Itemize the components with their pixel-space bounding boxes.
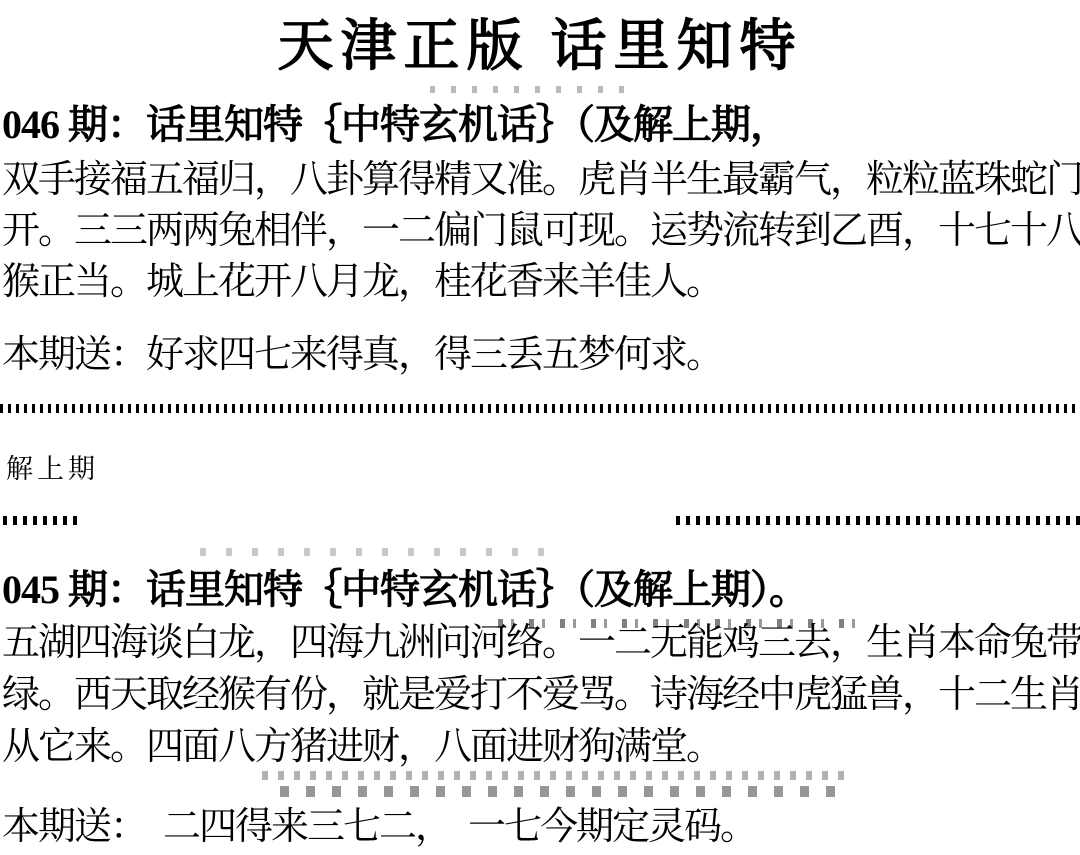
issue-046-body-line-2: 开。三三两两兔相伴，一二偏门鼠可现。运势流转到乙酉，十七十八 <box>2 206 1080 257</box>
dotted-divider-top <box>0 404 1080 413</box>
issue-045-body: 五湖四海谈白龙，四海九洲问河络。一二无能鸡三去，生肖本命兔带 绿。西天取经猴有份… <box>2 617 1080 773</box>
issue-045-gift-line: 本期送： 二四得来三七二， 一七今期定灵码。 <box>2 795 756 850</box>
issue-045-body-line-1: 五湖四海谈白龙，四海九洲问河络。一二无能鸡三去，生肖本命兔带 <box>2 617 1080 669</box>
issue-045-body-line-2: 绿。西天取经猴有份，就是爱打不爱骂。诗海经中虎猛兽，十二生肖 <box>2 669 1080 721</box>
page-title: 天津正版 话里知特 <box>0 2 1080 82</box>
issue-046-heading: 046 期：话里知特｛中特玄机话｝（及解上期， <box>2 93 789 150</box>
erased-text-artifact <box>430 86 640 93</box>
document-page: 天津正版 话里知特 046 期：话里知特｛中特玄机话｝（及解上期， 双手接福五福… <box>0 0 1080 855</box>
issue-045-body-line-3: 从它来。四面八方猪进财，八面进财狗满堂。 <box>2 721 1080 773</box>
erased-text-artifact <box>200 548 560 556</box>
solve-previous-issue-label: 解上期 <box>6 447 99 486</box>
dotted-divider-left-segment <box>3 516 79 525</box>
dotted-divider-right-segment <box>676 516 1080 525</box>
issue-046-body-line-1: 双手接福五福归，八卦算得精又准。虎肖半生最霸气，粒粒蓝珠蛇门 <box>2 155 1080 206</box>
issue-046-gift-line: 本期送：好求四七来得真，得三丢五梦何求。 <box>2 323 722 378</box>
issue-045-heading: 045 期：话里知特｛中特玄机话｝（及解上期）。 <box>2 558 808 615</box>
issue-046-body: 双手接福五福归，八卦算得精又准。虎肖半生最霸气，粒粒蓝珠蛇门 开。三三两两兔相伴… <box>2 155 1080 308</box>
issue-046-body-line-3: 猴正当。城上花开八月龙，桂花香来羊佳人。 <box>2 257 1080 308</box>
